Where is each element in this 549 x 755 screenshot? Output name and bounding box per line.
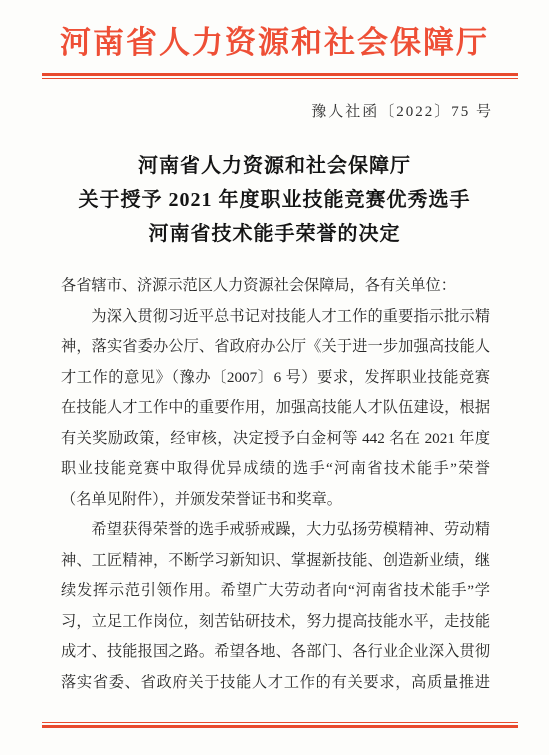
paragraph-1-last-line: （名单见附件），并颁发荣誉证书和奖章。 xyxy=(61,485,490,516)
paragraph-1: 为深入贯彻习近平总书记对技能人才工作的重要指示批示精神，落实省委办公厅、省政府办… xyxy=(61,302,490,485)
body-line: 神、工匠精神，不断学习新知识、掌握新技能、创造新业绩，继 xyxy=(61,546,490,577)
body-line: 落实省委、省政府关于技能人才工作的有关要求，高质量推进 xyxy=(61,668,490,699)
document-title-line: 河南省人力资源和社会保障厅 xyxy=(0,149,549,183)
document-title-line: 河南省技术能手荣誉的决定 xyxy=(0,217,549,251)
body-line: 职业技能竞赛中取得优异成绩的选手“河南省技术能手”荣誉 xyxy=(61,454,490,485)
document-number: 豫人社函〔2022〕75 号 xyxy=(311,101,493,123)
body-line: 习，立足工作岗位，刻苦钻研技术，努力提高技能水平，走技能 xyxy=(61,607,490,638)
document-body: 各省辖市、济源示范区人力资源社会保障局，各有关单位： 为深入贯彻习近平总书记对技… xyxy=(61,271,490,698)
body-line: 续发挥示范引领作用。希望广大劳动者向“河南省技术能手”学 xyxy=(61,576,490,607)
body-line: 才工作的意见》（豫办〔2007〕6 号）要求，发挥职业技能竞赛 xyxy=(61,363,490,394)
footer-divider-thick-line xyxy=(42,725,518,728)
document-title: 河南省人力资源和社会保障厅关于授予 2021 年度职业技能竞赛优秀选手河南省技术… xyxy=(0,149,549,251)
body-line: 在技能人才工作中的重要作用，加强高技能人才队伍建设，根据 xyxy=(61,393,490,424)
salutation: 各省辖市、济源示范区人力资源社会保障局，各有关单位： xyxy=(61,271,490,302)
body-line: 有关奖励政策，经审核，决定授予白金柯等 442 名在 2021 年度 xyxy=(61,424,490,455)
footer-divider xyxy=(42,722,518,728)
body-line: 神，落实省委办公厅、省政府办公厅《关于进一步加强高技能人 xyxy=(61,332,490,363)
document-title-line: 关于授予 2021 年度职业技能竞赛优秀选手 xyxy=(0,183,549,217)
body-line: 为深入贯彻习近平总书记对技能人才工作的重要指示批示精 xyxy=(61,302,490,333)
body-line: 成才、技能报国之路。希望各地、各部门、各行业企业深入贯彻 xyxy=(61,637,490,668)
paragraph-2: 希望获得荣誉的选手戒骄戒躁，大力弘扬劳模精神、劳动精神、工匠精神，不断学习新知识… xyxy=(61,515,490,698)
agency-letterhead: 河南省人力资源和社会保障厅 xyxy=(0,20,549,66)
letterhead-divider xyxy=(42,73,518,79)
letterhead-divider-thin-line xyxy=(42,78,518,79)
document-page: 河南省人力资源和社会保障厅 豫人社函〔2022〕75 号 河南省人力资源和社会保… xyxy=(0,0,549,755)
body-line: 希望获得荣誉的选手戒骄戒躁，大力弘扬劳模精神、劳动精 xyxy=(61,515,490,546)
